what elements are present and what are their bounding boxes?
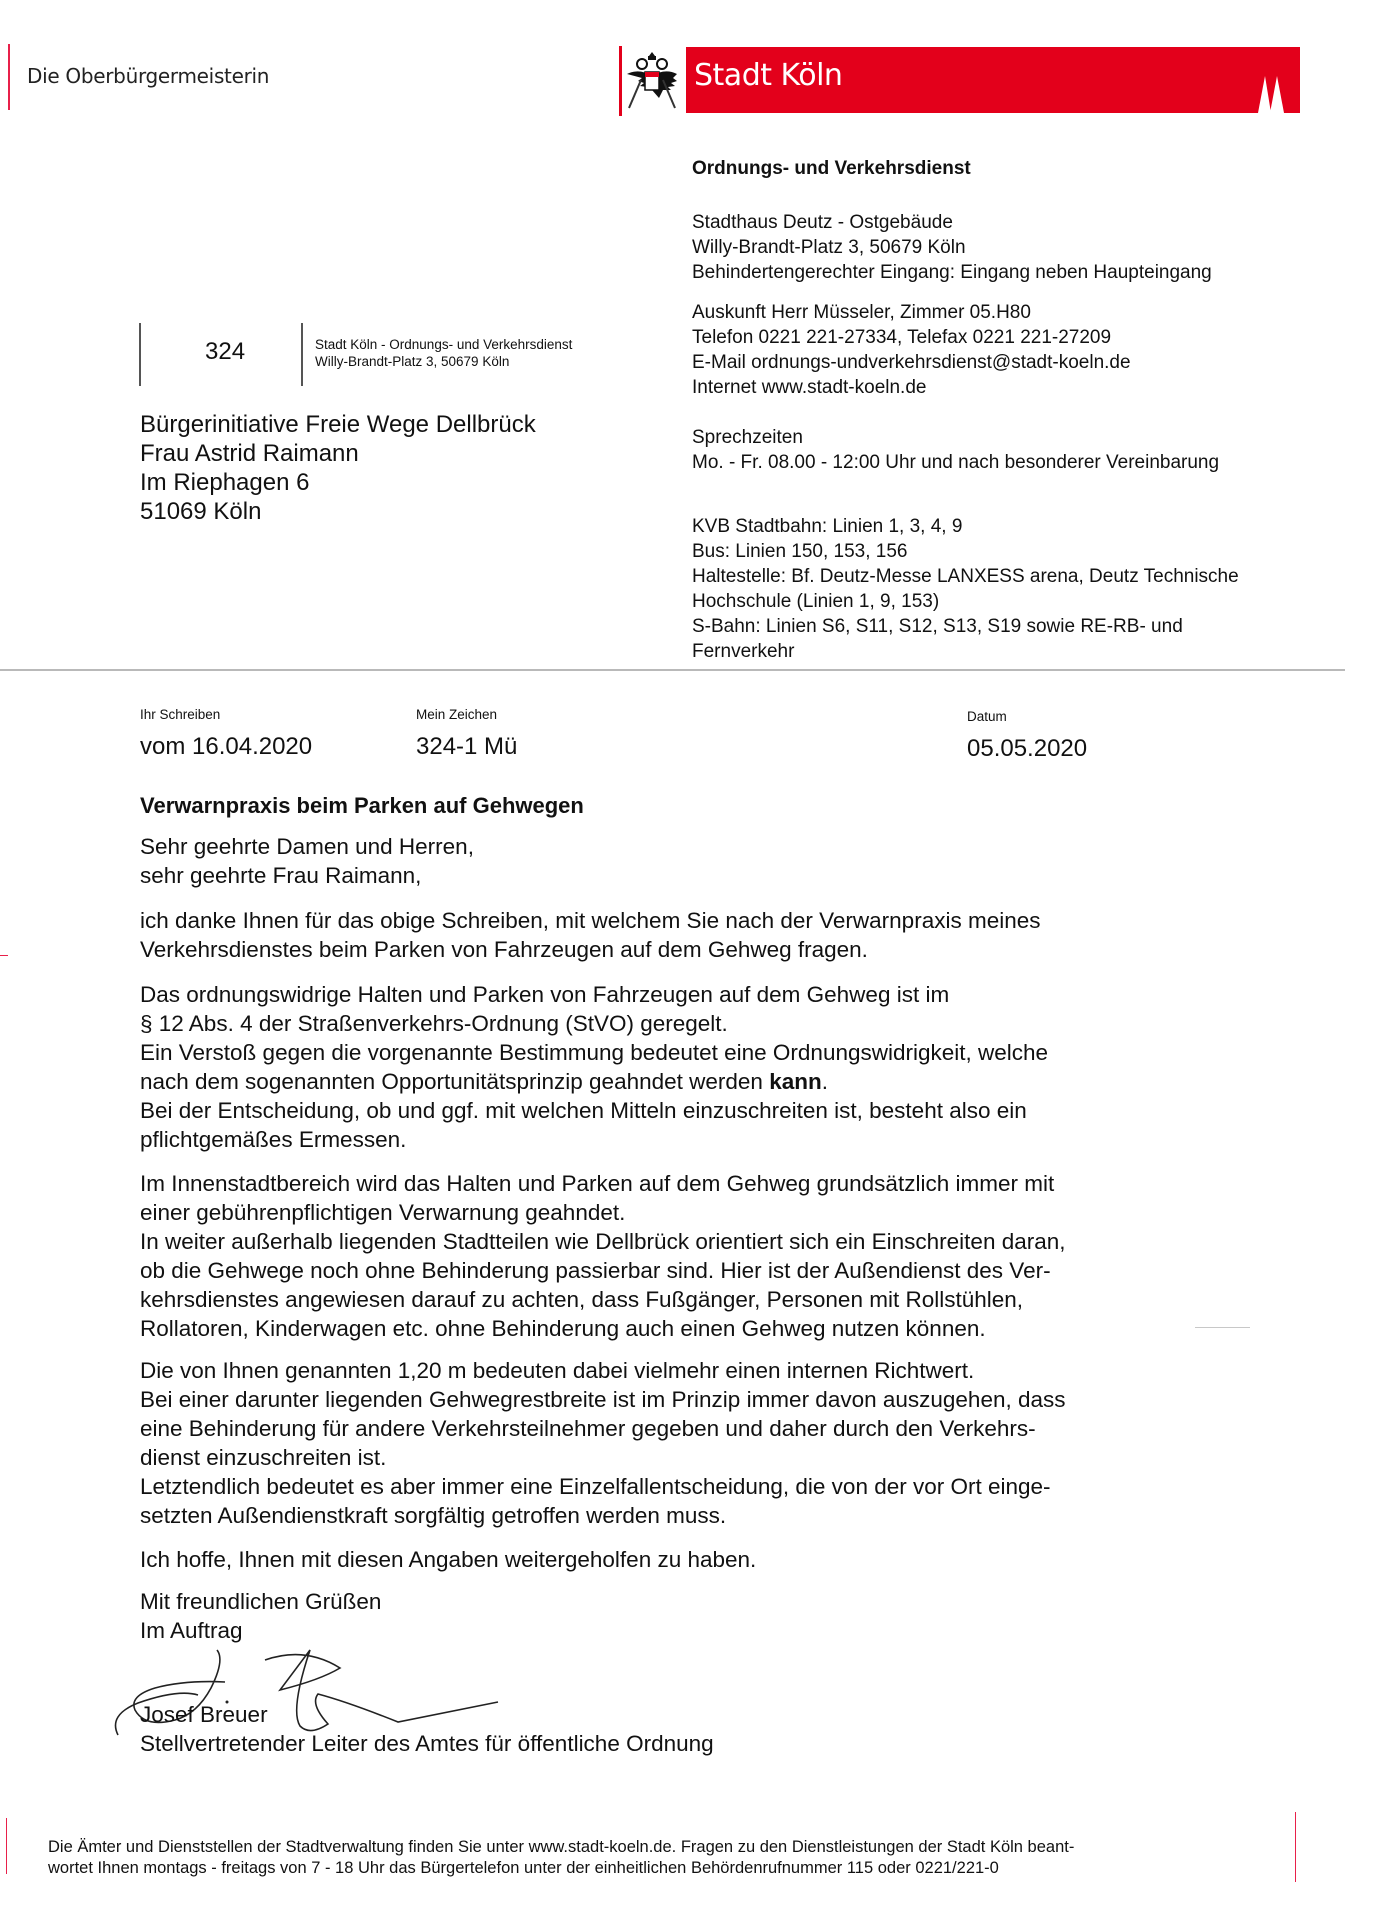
paragraph-line: ob die Gehwege noch ohne Behinderung pas… [140, 1256, 1220, 1285]
closing-line: Mit freundlichen Grüßen [140, 1587, 381, 1616]
contact-website[interactable]: Internet www.stadt-koeln.de [692, 375, 1131, 400]
transit-line: Fernverkehr [692, 639, 1239, 664]
paragraph-5: Ich hoffe, Ihnen mit diesen Angaben weit… [140, 1545, 1220, 1574]
transit-line: Bus: Linien 150, 153, 156 [692, 539, 1239, 564]
paragraph-line: setzten Außendienstkraft sorgfältig getr… [140, 1501, 1220, 1530]
return-address-line: Willy-Brandt-Platz 3, 50679 Köln [315, 353, 572, 370]
recipient-line: 51069 Köln [140, 497, 536, 526]
sender-accessible-entrance: Behindertengerechter Eingang: Eingang ne… [692, 260, 1212, 285]
paragraph-line: Im Innenstadtbereich wird das Halten und… [140, 1169, 1220, 1198]
paragraph-text: . [822, 1069, 828, 1094]
paragraph-line: Letztendlich bedeutet es aber immer eine… [140, 1472, 1220, 1501]
logo-red-rule [619, 46, 622, 116]
paragraph-1: ich danke Ihnen für das obige Schreiben,… [140, 906, 1220, 964]
paragraph-line: Rollatoren, Kinderwagen etc. ohne Behind… [140, 1314, 1220, 1343]
paragraph-line: § 12 Abs. 4 der Straßenverkehrs-Ordnung … [140, 1009, 1220, 1038]
paragraph-line: dienst einzuschreiten ist. [140, 1443, 1220, 1472]
letter-subject: Verwarnpraxis beim Parken auf Gehwegen [140, 793, 584, 819]
paragraph-4: Die von Ihnen genannten 1,20 m bedeuten … [140, 1356, 1220, 1530]
your-letter-value: vom 16.04.2020 [140, 733, 312, 761]
footer-red-rule-left [6, 1818, 7, 1874]
cologne-coat-of-arms-icon [623, 48, 681, 114]
sender-address: Stadthaus Deutz - Ostgebäude Willy-Brand… [692, 210, 1212, 285]
header-red-rule [8, 44, 10, 110]
salutation: Sehr geehrte Damen und Herren, sehr geeh… [140, 832, 1220, 890]
signer: Josef Breuer Stellvertretender Leiter de… [140, 1700, 714, 1758]
office-number: 324 [205, 338, 245, 366]
cologne-cathedral-spires-icon [1252, 74, 1292, 113]
paragraph-text: nach dem sogenannten Opportunitätsprinzi… [140, 1069, 769, 1094]
office-hours-value: Mo. - Fr. 08.00 - 12:00 Uhr und nach bes… [692, 450, 1219, 475]
paragraph-line: In weiter außerhalb liegenden Stadtteile… [140, 1227, 1220, 1256]
department-name: Ordnungs- und Verkehrsdienst [692, 158, 971, 180]
paragraph-line: pflichtgemäßes Ermessen. [140, 1125, 1220, 1154]
paragraph-line: ich danke Ihnen für das obige Schreiben,… [140, 906, 1220, 935]
paragraph-line: Bei der Entscheidung, ob und ggf. mit we… [140, 1096, 1220, 1125]
date-label: Datum [967, 709, 1007, 724]
paragraph-line: kehrsdienstes angewiesen darauf zu achte… [140, 1285, 1220, 1314]
signer-title: Stellvertretender Leiter des Amtes für ö… [140, 1729, 714, 1758]
transit-info: KVB Stadtbahn: Linien 1, 3, 4, 9 Bus: Li… [692, 514, 1239, 664]
date-value: 05.05.2020 [967, 735, 1087, 763]
fold-line [0, 669, 1345, 671]
our-reference-value: 324-1 Mü [416, 733, 517, 761]
contact-phone: Telefon 0221 221-27334, Telefax 0221 221… [692, 325, 1131, 350]
sender-street: Willy-Brandt-Platz 3, 50679 Köln [692, 235, 1212, 260]
paragraph-3: Im Innenstadtbereich wird das Halten und… [140, 1169, 1220, 1343]
paragraph-line: Bei einer darunter liegenden Gehwegrestb… [140, 1385, 1220, 1414]
paragraph-line: eine Behinderung für andere Verkehrsteil… [140, 1414, 1220, 1443]
paragraph-line: Die von Ihnen genannten 1,20 m bedeuten … [140, 1356, 1220, 1385]
paragraph-line: einer gebührenpflichtigen Verwarnung gea… [140, 1198, 1220, 1227]
signer-name: Josef Breuer [140, 1700, 714, 1729]
paragraph-line: nach dem sogenannten Opportunitätsprinzi… [140, 1067, 1220, 1096]
paragraph-2: Das ordnungswidrige Halten und Parken vo… [140, 980, 1220, 1154]
scan-artifact [1195, 1327, 1250, 1328]
transit-line: Haltestelle: Bf. Deutz-Messe LANXESS are… [692, 564, 1239, 589]
office-title: Die Oberbürgermeisterin [27, 64, 269, 88]
emphasis-kann: kann [769, 1069, 822, 1094]
footer-line: Die Ämter und Dienststellen der Stadtver… [48, 1837, 1074, 1858]
scan-artifact [0, 955, 8, 956]
paragraph-line: Ein Verstoß gegen die vorgenannte Bestim… [140, 1038, 1220, 1067]
office-hours-label: Sprechzeiten [692, 425, 1219, 450]
sender-building: Stadthaus Deutz - Ostgebäude [692, 210, 1212, 235]
footer-red-rule-right [1295, 1812, 1296, 1882]
transit-line: S-Bahn: Linien S6, S11, S12, S13, S19 so… [692, 614, 1239, 639]
footer-line: wortet Ihnen montags - freitags von 7 - … [48, 1858, 1074, 1879]
contact-person: Auskunft Herr Müsseler, Zimmer 05.H80 [692, 300, 1131, 325]
sender-contact: Auskunft Herr Müsseler, Zimmer 05.H80 Te… [692, 300, 1131, 400]
transit-line: Hochschule (Linien 1, 9, 153) [692, 589, 1239, 614]
logo-title: Stadt Köln [694, 58, 842, 93]
salutation-line: Sehr geehrte Damen und Herren, [140, 832, 1220, 861]
recipient-line: Im Riephagen 6 [140, 468, 536, 497]
paragraph-line: Ich hoffe, Ihnen mit diesen Angaben weit… [140, 1545, 1220, 1574]
recipient-address: Bürgerinitiative Freie Wege Dellbrück Fr… [140, 410, 536, 526]
contact-email[interactable]: E-Mail ordnungs-undverkehrsdienst@stadt-… [692, 350, 1131, 375]
recipient-line: Bürgerinitiative Freie Wege Dellbrück [140, 410, 536, 439]
address-window-divider [139, 323, 141, 386]
your-letter-label: Ihr Schreiben [140, 707, 220, 722]
transit-line: KVB Stadtbahn: Linien 1, 3, 4, 9 [692, 514, 1239, 539]
our-reference-label: Mein Zeichen [416, 707, 497, 722]
footer-note: Die Ämter und Dienststellen der Stadtver… [48, 1837, 1074, 1879]
return-address-line: Stadt Köln - Ordnungs- und Verkehrsdiens… [315, 336, 572, 353]
paragraph-line: Verkehrsdienstes beim Parken von Fahrzeu… [140, 935, 1220, 964]
office-hours: Sprechzeiten Mo. - Fr. 08.00 - 12:00 Uhr… [692, 425, 1219, 475]
paragraph-line: Das ordnungswidrige Halten und Parken vo… [140, 980, 1220, 1009]
address-window-divider [301, 323, 303, 386]
recipient-line: Frau Astrid Raimann [140, 439, 536, 468]
return-address: Stadt Köln - Ordnungs- und Verkehrsdiens… [315, 336, 572, 370]
salutation-line: sehr geehrte Frau Raimann, [140, 861, 1220, 890]
